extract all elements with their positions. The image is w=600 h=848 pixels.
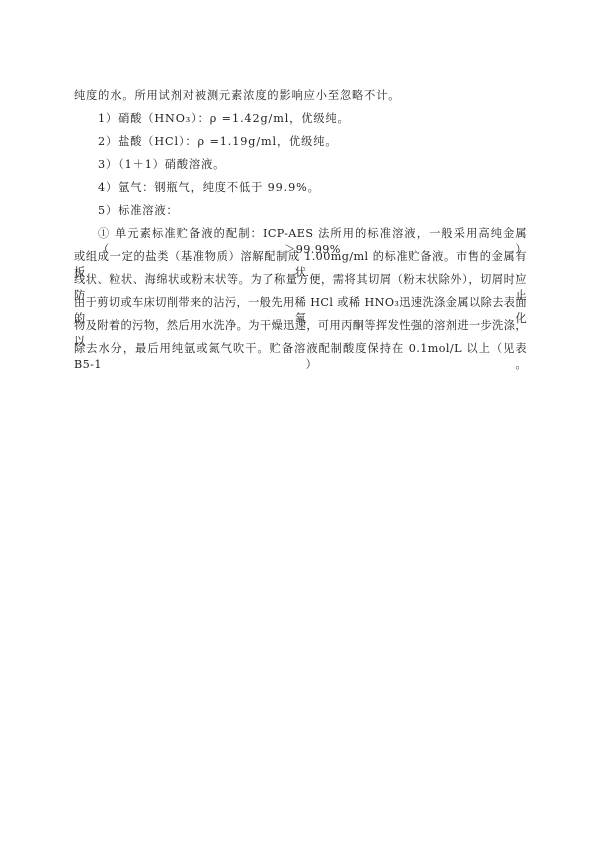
reagent-item-nitric-acid: 1）硝酸（HNO₃）：ρ =1.42g/ml，优级纯。 [98, 111, 350, 127]
paragraph-line: 纯度的水。所用试剂对被测元素浓度的影响应小至忽略不计。 [74, 88, 400, 104]
reagent-item-standard-solution: 5）标准溶液： [98, 203, 179, 219]
document-page: 纯度的水。所用试剂对被测元素浓度的影响应小至忽略不计。 1）硝酸（HNO₃）：ρ… [0, 0, 600, 848]
reagent-item-hydrochloric-acid: 2）盐酸（HCl）：ρ =1.19g/ml，优级纯。 [98, 134, 337, 150]
reagent-item-nitric-solution: 3）（1＋1）硝酸溶液。 [98, 157, 225, 173]
reagent-item-argon: 4）氩气：钢瓶气，纯度不低于 99.9%。 [98, 180, 320, 196]
paragraph-line: 除去水分，最后用纯氩或氮气吹干。贮备溶液配制酸度保持在 0.1mol/L 以上（… [74, 341, 527, 373]
